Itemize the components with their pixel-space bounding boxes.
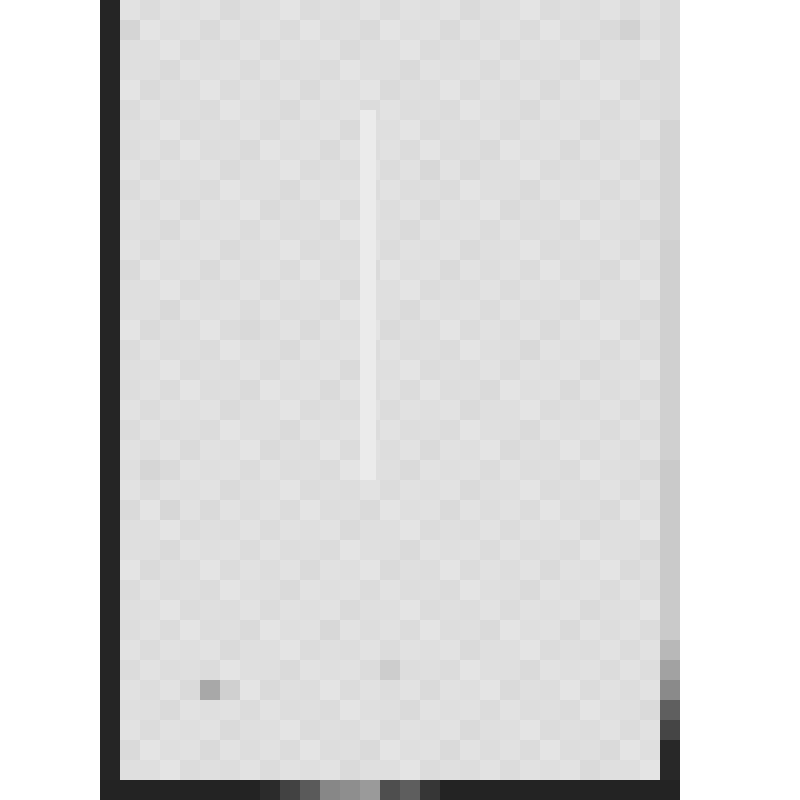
- bottom-bar-segment: [300, 780, 320, 800]
- right-edge-segment: [660, 120, 680, 240]
- screenshot-canvas: [0, 0, 800, 800]
- right-edge-segment: [660, 740, 680, 780]
- bottom-bar-segment: [400, 780, 420, 800]
- right-edge-segment: [660, 660, 680, 680]
- noise-block: [360, 110, 376, 480]
- bottom-bar-segment: [380, 780, 400, 800]
- bottom-bar-segment: [260, 780, 280, 800]
- bottom-bar-segment: [340, 780, 360, 800]
- noise-block: [160, 300, 180, 320]
- bottom-border-bar: [100, 780, 680, 800]
- bottom-bar-segment: [440, 780, 680, 800]
- noise-block: [220, 680, 240, 700]
- noise-block: [120, 20, 140, 40]
- bottom-bar-segment: [420, 780, 440, 800]
- bottom-bar-segment: [280, 780, 300, 800]
- noise-block: [200, 680, 220, 700]
- noise-block: [240, 320, 260, 340]
- right-edge-segment: [660, 240, 680, 460]
- left-border-bar: [100, 0, 120, 780]
- noise-block: [160, 500, 180, 520]
- bottom-bar-segment: [360, 780, 380, 800]
- noise-block: [320, 620, 340, 640]
- noise-block: [620, 20, 640, 40]
- right-edge-segment: [660, 680, 680, 700]
- right-edge-shade: [660, 0, 680, 780]
- right-edge-segment: [660, 0, 680, 120]
- noise-block: [420, 160, 440, 180]
- bottom-bar-segment: [100, 780, 260, 800]
- right-edge-segment: [660, 720, 680, 740]
- right-edge-segment: [660, 460, 680, 640]
- noise-block: [140, 460, 160, 480]
- noise-block: [380, 660, 400, 680]
- bottom-bar-segment: [320, 780, 340, 800]
- noise-layer: [0, 0, 800, 800]
- noise-block: [520, 340, 540, 360]
- right-edge-segment: [660, 700, 680, 720]
- right-edge-segment: [660, 640, 680, 660]
